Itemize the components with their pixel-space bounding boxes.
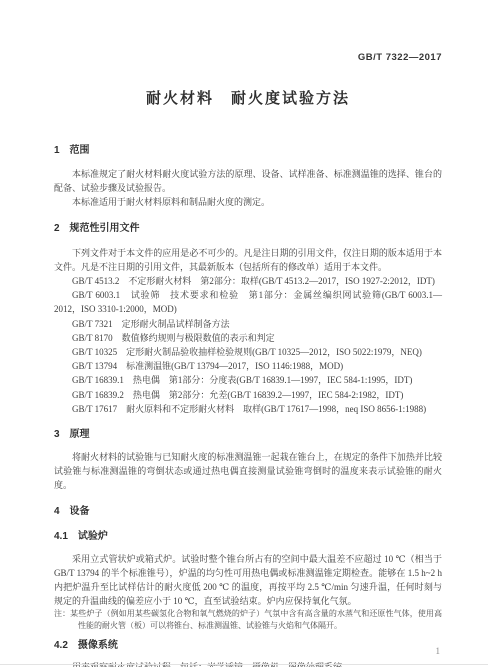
reference-item: GB/T 10325 定形耐火制品验收抽样检验规则(GB/T 10325—201… <box>54 345 442 359</box>
reference-item: GB/T 7321 定形耐火制品试样制备方法 <box>54 317 442 331</box>
section-4-1-paragraph: 采用立式管状炉或箱式炉。试验时整个锥台所占有的空间中最大温差不应超过 10 ℃（… <box>54 552 442 609</box>
section-4-1-note: 注：某些炉子（例如用某些碳氢化合物和氧气燃烧的炉子）气氛中含有高含量的水蒸气和还… <box>54 608 442 631</box>
section-4-2-paragraph: 用来观察耐火度试验过程，包括：光学透镜、摄像机、图像处理系统。 <box>54 660 442 667</box>
note-label: 注： <box>54 609 70 618</box>
reference-item: GB/T 8170 数值修约规则与极限数值的表示和判定 <box>54 331 442 345</box>
section-1-paragraph-1: 本标准规定了耐火材料耐火度试验方法的原理、设备、试样准备、标准测温锥的选择、锥台… <box>54 167 442 195</box>
reference-item: GB/T 6003.1 试验筛 技术要求和检验 第1部分：金属丝编织网试验筛(G… <box>54 288 442 316</box>
reference-item: GB/T 4513.2 不定形耐火材料 第2部分：取样(GB/T 4513.2—… <box>54 274 442 288</box>
section-3-paragraph: 将耐火材料的试验锥与已知耐火度的标准测温锥一起栽在锥台上，在规定的条件下加热并比… <box>54 450 442 493</box>
section-4-1-heading: 4.1 试验炉 <box>54 530 442 543</box>
reference-item: GB/T 16839.2 热电偶 第2部分：允差(GB/T 16839.2—19… <box>54 388 442 402</box>
page-number: 1 <box>436 646 441 656</box>
section-2-heading: 2 规范性引用文件 <box>54 222 442 235</box>
section-4-2-heading: 4.2 摄像系统 <box>54 639 442 652</box>
reference-item: GB/T 13794 标准测温锥(GB/T 13794—2017，ISO 114… <box>54 359 442 373</box>
reference-item: GB/T 16839.1 热电偶 第1部分：分度表(GB/T 16839.1—1… <box>54 373 442 387</box>
page-content: 耐火材料 耐火度试验方法 1 范围 本标准规定了耐火材料耐火度试验方法的原理、设… <box>54 0 442 667</box>
section-2-intro: 下列文件对于本文件的应用是必不可少的。凡是注日期的引用文件，仅注日期的版本适用于… <box>54 246 442 274</box>
note-text: 某些炉子（例如用某些碳氢化合物和氧气燃烧的炉子）气氛中含有高含量的水蒸气和还原性… <box>70 609 442 630</box>
section-4-heading: 4 设备 <box>54 505 442 518</box>
section-3-heading: 3 原理 <box>54 428 442 441</box>
section-1-heading: 1 范围 <box>54 144 442 157</box>
section-1-paragraph-2: 本标准适用于耐火材料原料和制品耐火度的测定。 <box>54 195 442 209</box>
document-title: 耐火材料 耐火度试验方法 <box>54 90 442 108</box>
reference-item: GB/T 17617 耐火原料和不定形耐火材料 取样(GB/T 17617—19… <box>54 402 442 416</box>
document-page: GB/T 7322—2017 耐火材料 耐火度试验方法 1 范围 本标准规定了耐… <box>0 0 488 667</box>
